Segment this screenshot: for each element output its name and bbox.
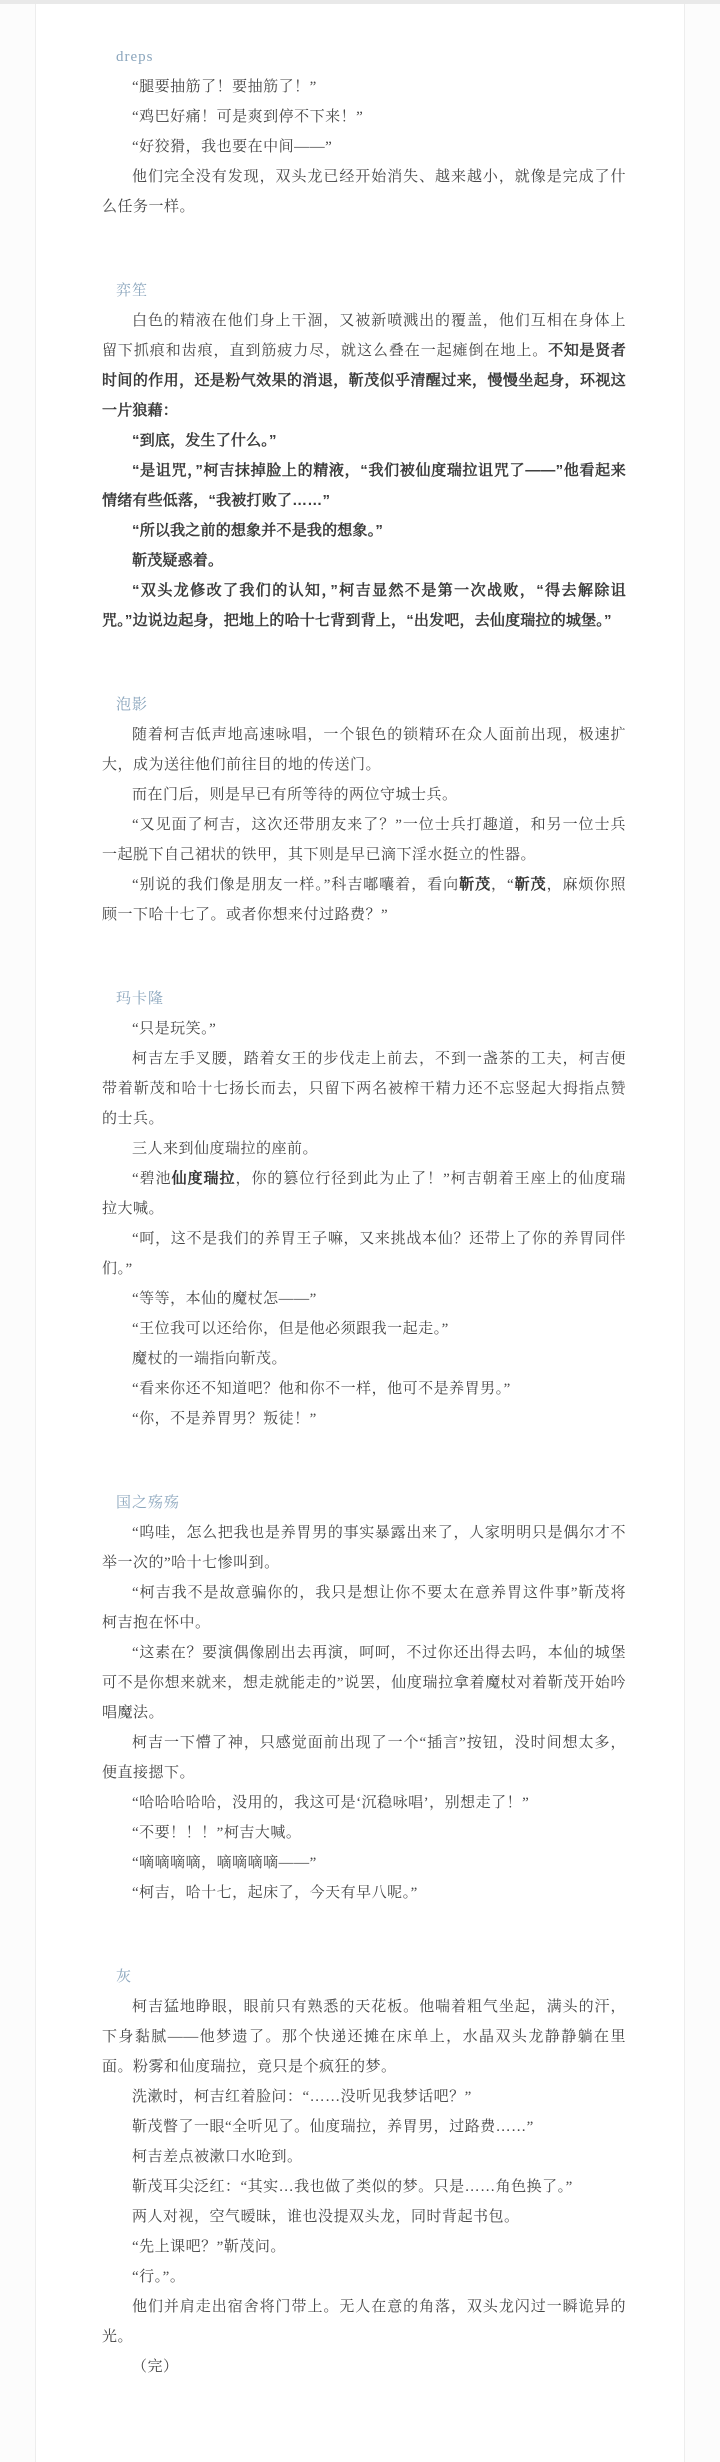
text-segment: “碧池 (132, 1171, 172, 1187)
section-title: 泡影 (116, 692, 626, 718)
paragraph: 柯吉差点被漱口水呛到。 (102, 2142, 626, 2172)
paragraph: “碧池仙度瑞拉，你的篡位行径到此为止了！”柯吉朝着王座上的仙度瑞拉大喊。 (102, 1164, 626, 1224)
text-segment: “腿要抽筋了！要抽筋了！” (132, 79, 317, 95)
paragraph: 而在门后，则是早已有所等待的两位守城士兵。 (102, 780, 626, 810)
paragraph: “所以我之前的想象并不是我的想象。” (102, 516, 626, 546)
text-segment: “只是玩笑。” (132, 1021, 216, 1037)
paragraph: 三人来到仙度瑞拉的座前。 (102, 1134, 626, 1164)
paragraph: “先上课吧？”靳茂问。 (102, 2232, 626, 2262)
text-segment: “王位我可以还给你，但是他必须跟我一起走。” (132, 1321, 449, 1337)
story-section-paoying: 泡影随着柯吉低声地高速咏唱，一个银色的锁精环在众人面前出现，极速扩大，成为送往他… (102, 692, 626, 930)
paragraph: “王位我可以还给你，但是他必须跟我一起走。” (102, 1314, 626, 1344)
section-title: 国之殇殇 (116, 1490, 626, 1516)
emphasized-name: 靳茂 (514, 876, 546, 893)
text-segment: 三人来到仙度瑞拉的座前。 (132, 1141, 318, 1157)
text-segment: 柯吉猛地睁眼，眼前只有熟悉的天花板。他喘着粗气坐起，满头的汗，下身黏腻——他梦遗… (102, 1999, 626, 2075)
paragraph: “好狡猾，我也要在中间——” (102, 132, 626, 162)
section-title: dreps (116, 44, 626, 70)
paragraph: “是诅咒，”柯吉抹掉脸上的精液，“我们被仙度瑞拉诅咒了——”他看起来情绪有些低落… (102, 456, 626, 516)
section-title: 灰 (116, 1964, 626, 1990)
paragraph: “看来你还不知道吧？他和你不一样，他可不是养胃男。” (102, 1374, 626, 1404)
story-section-guozhishangshang: 国之殇殇“呜哇，怎么把我也是养胃男的事实暴露出来了，人家明明只是偶尔才不举一次的… (102, 1490, 626, 1908)
text-segment: “看来你还不知道吧？他和你不一样，他可不是养胃男。” (132, 1381, 511, 1397)
text-segment: 柯吉左手叉腰，踏着女王的步伐走上前去，不到一盏茶的工夫，柯吉便带着靳茂和哈十七扬… (102, 1051, 626, 1127)
emphasized-name: 靳茂 (459, 876, 491, 893)
story-content: dreps“腿要抽筋了！要抽筋了！”“鸡巴好痛！可是爽到停不下来！”“好狡猾，我… (102, 44, 626, 2382)
text-segment: 靳茂耳尖泛红：“其实…我也做了类似的梦。只是……角色换了。” (132, 2179, 573, 2195)
paragraph: 柯吉一下懵了神，只感觉面前出现了一个“插言”按钮，没时间想太多，便直接摁下。 (102, 1728, 626, 1788)
story-section-yisheng: 弈笙白色的精液在他们身上干涸，又被新喷溅出的覆盖，他们互相在身体上留下抓痕和齿痕… (102, 278, 626, 636)
text-segment: （完） (132, 2359, 179, 2375)
text-segment: “你，不是养胃男？叛徒！” (132, 1411, 317, 1427)
paragraph: “鸡巴好痛！可是爽到停不下来！” (102, 102, 626, 132)
text-segment: ，“ (491, 877, 514, 893)
text-segment: “到底，发生了什么。” (132, 432, 277, 449)
text-segment: “是诅咒，”柯吉抹掉脸上的精液，“我们被仙度瑞拉诅咒了——”他看起来情绪有些低落… (102, 462, 626, 509)
paragraph: “腿要抽筋了！要抽筋了！” (102, 72, 626, 102)
emphasized-name: 仙度瑞拉 (172, 1170, 236, 1187)
paragraph: 随着柯吉低声地高速咏唱，一个银色的锁精环在众人面前出现，极速扩大，成为送往他们前… (102, 720, 626, 780)
paragraph: “不要！！！”柯吉大喊。 (102, 1818, 626, 1848)
paragraph: “等等，本仙的魔杖怎——” (102, 1284, 626, 1314)
paragraph: “你，不是养胃男？叛徒！” (102, 1404, 626, 1434)
paragraph: “又见面了柯吉，这次还带朋友来了？”一位士兵打趣道，和另一位士兵一起脱下自己裙状… (102, 810, 626, 870)
text-segment: “柯吉我不是故意骗你的，我只是想让你不要太在意养胃这件事”靳茂将柯吉抱在怀中。 (102, 1585, 626, 1631)
story-section-dreps: dreps“腿要抽筋了！要抽筋了！”“鸡巴好痛！可是爽到停不下来！”“好狡猾，我… (102, 44, 626, 222)
document-page: dreps“腿要抽筋了！要抽筋了！”“鸡巴好痛！可是爽到停不下来！”“好狡猾，我… (35, 4, 685, 2462)
text-segment: “呵，这不是我们的养胃王子嘛，又来挑战本仙？还带上了你的养胃同伴们。” (102, 1231, 626, 1277)
text-segment: 柯吉差点被漱口水呛到。 (132, 2149, 303, 2165)
text-segment: 魔杖的一端指向靳茂。 (132, 1351, 287, 1367)
text-segment: “先上课吧？”靳茂问。 (132, 2239, 286, 2255)
text-segment: 洗漱时，柯吉红着脸问：“……没听见我梦话吧？” (132, 2089, 472, 2105)
paragraph: 白色的精液在他们身上干涸，又被新喷溅出的覆盖，他们互相在身体上留下抓痕和齿痕，直… (102, 306, 626, 426)
paragraph: “呜哇，怎么把我也是养胃男的事实暴露出来了，人家明明只是偶尔才不举一次的”哈十七… (102, 1518, 626, 1578)
text-segment: 靳茂疑惑着。 (132, 552, 223, 569)
story-section-makalong: 玛卡隆“只是玩笑。”柯吉左手叉腰，踏着女王的步伐走上前去，不到一盏茶的工夫，柯吉… (102, 986, 626, 1434)
paragraph: 两人对视，空气暧昧，谁也没提双头龙，同时背起书包。 (102, 2202, 626, 2232)
text-segment: 柯吉一下懵了神，只感觉面前出现了一个“插言”按钮，没时间想太多，便直接摁下。 (102, 1735, 626, 1781)
text-segment: “所以我之前的想象并不是我的想象。” (132, 522, 383, 539)
text-segment: “好狡猾，我也要在中间——” (132, 139, 332, 155)
paragraph: （完） (102, 2352, 626, 2382)
story-section-hui: 灰柯吉猛地睁眼，眼前只有熟悉的天花板。他喘着粗气坐起，满头的汗，下身黏腻——他梦… (102, 1964, 626, 2382)
paragraph: “只是玩笑。” (102, 1014, 626, 1044)
paragraph: “呵，这不是我们的养胃王子嘛，又来挑战本仙？还带上了你的养胃同伴们。” (102, 1224, 626, 1284)
paragraph: “柯吉，哈十七，起床了，今天有早八呢。” (102, 1878, 626, 1908)
paragraph: “双头龙修改了我们的认知，”柯吉显然不是第一次战败，“得去解除诅咒。”边说边起身… (102, 576, 626, 636)
paragraph: 靳茂耳尖泛红：“其实…我也做了类似的梦。只是……角色换了。” (102, 2172, 626, 2202)
paragraph: 靳茂瞥了一眼“全听见了。仙度瑞拉，养胃男，过路费……” (102, 2112, 626, 2142)
text-segment: “嘀嘀嘀嘀，嘀嘀嘀嘀——” (132, 1855, 317, 1871)
paragraph: 靳茂疑惑着。 (102, 546, 626, 576)
text-segment: “等等，本仙的魔杖怎——” (132, 1291, 317, 1307)
paragraph: “柯吉我不是故意骗你的，我只是想让你不要太在意养胃这件事”靳茂将柯吉抱在怀中。 (102, 1578, 626, 1638)
paragraph: “哈哈哈哈哈，没用的，我这可是‘沉稳咏唱’，别想走了！” (102, 1788, 626, 1818)
section-title: 玛卡隆 (116, 986, 626, 1012)
paragraph: “别说的我们像是朋友一样。”科吉嘟囔着，看向靳茂，“靳茂，麻烦你照顾一下哈十七了… (102, 870, 626, 930)
text-segment: “呜哇，怎么把我也是养胃男的事实暴露出来了，人家明明只是偶尔才不举一次的”哈十七… (102, 1525, 626, 1571)
paragraph: 魔杖的一端指向靳茂。 (102, 1344, 626, 1374)
text-segment: 靳茂瞥了一眼“全听见了。仙度瑞拉，养胃男，过路费……” (132, 2119, 534, 2135)
text-segment: 随着柯吉低声地高速咏唱，一个银色的锁精环在众人面前出现，极速扩大，成为送往他们前… (102, 727, 626, 773)
text-segment: “双头龙修改了我们的认知，”柯吉显然不是第一次战败，“得去解除诅咒。”边说边起身… (102, 582, 626, 629)
paragraph: “嘀嘀嘀嘀，嘀嘀嘀嘀——” (102, 1848, 626, 1878)
paragraph: “到底，发生了什么。” (102, 426, 626, 456)
text-segment: “这素在？要演偶像剧出去再演，呵呵，不过你还出得去吗，本仙的城堡可不是你想来就来… (102, 1645, 626, 1721)
paragraph: 他们完全没有发现，双头龙已经开始消失、越来越小，就像是完成了什么任务一样。 (102, 162, 626, 222)
text-segment: “又见面了柯吉，这次还带朋友来了？”一位士兵打趣道，和另一位士兵一起脱下自己裙状… (102, 817, 626, 863)
text-segment: “行。”。 (132, 2269, 185, 2285)
section-title: 弈笙 (116, 278, 626, 304)
paragraph: “这素在？要演偶像剧出去再演，呵呵，不过你还出得去吗，本仙的城堡可不是你想来就来… (102, 1638, 626, 1728)
text-segment: “别说的我们像是朋友一样。”科吉嘟囔着，看向 (132, 877, 459, 893)
paragraph: 柯吉猛地睁眼，眼前只有熟悉的天花板。他喘着粗气坐起，满头的汗，下身黏腻——他梦遗… (102, 1992, 626, 2082)
paragraph: 柯吉左手叉腰，踏着女王的步伐走上前去，不到一盏茶的工夫，柯吉便带着靳茂和哈十七扬… (102, 1044, 626, 1134)
text-segment: 他们并肩走出宿舍将门带上。无人在意的角落，双头龙闪过一瞬诡异的光。 (102, 2299, 626, 2345)
text-segment: “哈哈哈哈哈，没用的，我这可是‘沉稳咏唱’，别想走了！” (132, 1795, 529, 1811)
text-segment: 他们完全没有发现，双头龙已经开始消失、越来越小，就像是完成了什么任务一样。 (102, 169, 626, 215)
paragraph: 洗漱时，柯吉红着脸问：“……没听见我梦话吧？” (102, 2082, 626, 2112)
text-segment: “鸡巴好痛！可是爽到停不下来！” (132, 109, 363, 125)
paragraph: 他们并肩走出宿舍将门带上。无人在意的角落，双头龙闪过一瞬诡异的光。 (102, 2292, 626, 2352)
text-segment: 两人对视，空气暧昧，谁也没提双头龙，同时背起书包。 (132, 2209, 520, 2225)
text-segment: “柯吉，哈十七，起床了，今天有早八呢。” (132, 1885, 418, 1901)
text-segment: “不要！！！”柯吉大喊。 (132, 1825, 301, 1841)
paragraph: “行。”。 (102, 2262, 626, 2292)
text-segment: 而在门后，则是早已有所等待的两位守城士兵。 (132, 787, 458, 803)
